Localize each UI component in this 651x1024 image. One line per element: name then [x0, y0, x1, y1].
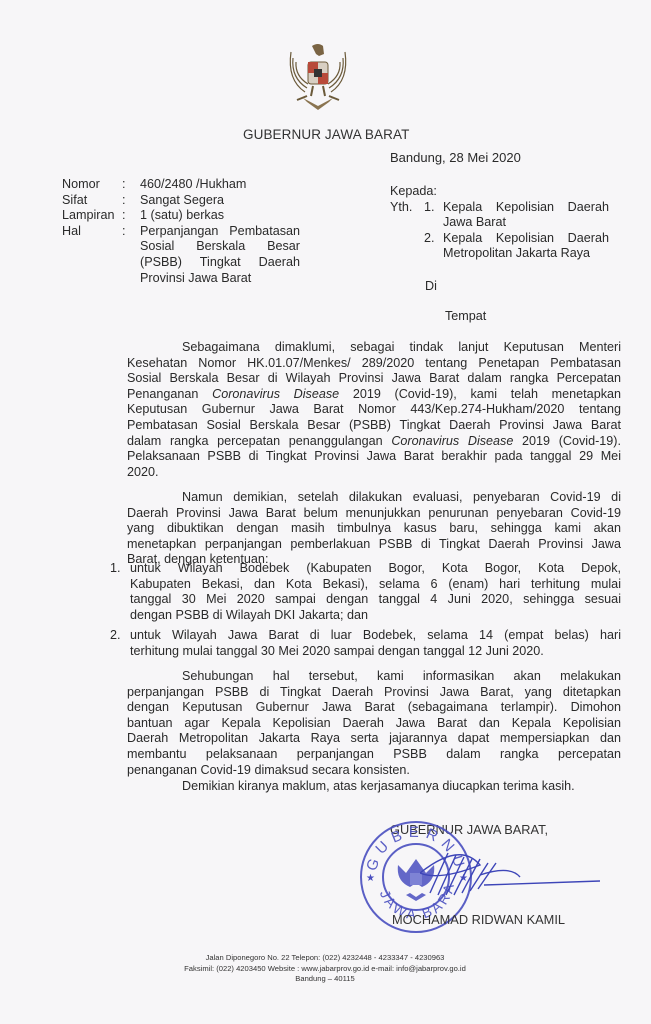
letter-date: Bandung, 28 Mei 2020 [390, 150, 521, 165]
footer-city: Bandung – 40115 [150, 974, 500, 985]
text-line: Sebagaimana dimaklumi, sebagai tindak la… [127, 340, 621, 356]
meta-label: Sifat [62, 193, 120, 209]
meta-lampiran: Lampiran : 1 (satu) berkas [62, 208, 300, 224]
text-line: bantuan agar Kepala Kepolisian Daerah Ja… [127, 716, 621, 732]
list-number: 1. [110, 561, 130, 623]
meta-colon: : [120, 177, 140, 193]
di-label: Di [425, 279, 437, 293]
text-line: Sehubungan hal tersebut, kami informasik… [127, 669, 621, 685]
italic-term: Coronavirus Disease [391, 434, 513, 448]
meta-colon: : [120, 208, 140, 224]
meta-value: Sangat Segera [140, 193, 300, 209]
text-line: Namun demikian, setelah dilakukan evalua… [127, 490, 621, 506]
text-line: penanganan Covid-19 dimaksud secara kons… [127, 763, 621, 779]
recipient-item: Yth. 1. Kepala Kepolisian Daerah Jawa Ba… [390, 200, 609, 231]
yth-label: Yth. [390, 200, 424, 231]
list-body: untuk Wilayah Jawa Barat di luar Bodebek… [130, 628, 621, 659]
text-line: Kabupaten Bekasi, dan Kota Bekasi), sela… [130, 577, 621, 593]
letter-footer: Jalan Diponegoro No. 22 Telepon: (022) 4… [150, 953, 500, 985]
paragraph-1: Sebagaimana dimaklumi, sebagai tindak la… [127, 340, 621, 480]
meta-value: 1 (satu) berkas [140, 208, 300, 224]
meta-hal: Hal : Perpanjangan Pembatasan Sosial Ber… [62, 224, 300, 286]
recipient-item: 2. Kepala Kepolisian Daerah Metropolitan… [390, 231, 609, 262]
meta-sifat: Sifat : Sangat Segera [62, 193, 300, 209]
paragraph-3: Sehubungan hal tersebut, kami informasik… [127, 669, 621, 778]
list-body: untuk Wilayah Bodebek (Kabupaten Bogor, … [130, 561, 621, 623]
text-line: Daerah Metropolitan Jakarta Raya serta j… [127, 731, 621, 747]
recipient-text: Kepala Kepolisian Daerah Jawa Barat [443, 200, 609, 231]
tempat-label: Tempat [445, 309, 486, 323]
text-line: dalam rangka percepatan penanggulangan C… [127, 434, 621, 450]
paragraph-4: Demikian kiranya maklum, atas kerjasaman… [127, 779, 621, 795]
text-line: terhitung mulai tanggal 30 Mei 2020 samp… [130, 644, 621, 660]
meta-colon: : [120, 224, 140, 286]
recipient-block: Kepada: Yth. 1. Kepala Kepolisian Daerah… [390, 184, 609, 262]
text-line: 2020. [127, 465, 621, 481]
hal-line: (PSBB) Tingkat Daerah [140, 255, 300, 271]
meta-value: 460/2480 /Hukham [140, 177, 300, 193]
hal-line: Provinsi Jawa Barat [140, 271, 300, 287]
text-line: yang dibuktikan dengan masih timbulnya k… [127, 521, 621, 537]
paragraph-2: Namun demikian, setelah dilakukan evalua… [127, 490, 621, 568]
text-line: untuk Wilayah Jawa Barat di luar Bodebek… [130, 628, 621, 644]
meta-label: Hal [62, 224, 120, 286]
recipient-text: Kepala Kepolisian Daerah Metropolitan Ja… [443, 231, 609, 262]
meta-colon: : [120, 193, 140, 209]
text-line: Kesehatan Nomor HK.01.07/Menkes/ 289/202… [127, 356, 621, 372]
text-line: untuk Wilayah Bodebek (Kabupaten Bogor, … [130, 561, 621, 577]
list-item: 2. untuk Wilayah Jawa Barat di luar Bode… [110, 628, 621, 659]
hal-line: Perpanjangan Pembatasan [140, 224, 300, 240]
meta-value: Perpanjangan Pembatasan Sosial Berskala … [140, 224, 300, 286]
text-line: Sosial Berskala Besar di Wilayah Provins… [127, 371, 621, 387]
handwritten-signature [420, 845, 600, 905]
signatory-name: MOCHAMAD RIDWAN KAMIL [392, 912, 565, 927]
letterhead-title: GUBERNUR JAWA BARAT [243, 127, 409, 142]
text-line: tanggal 30 Mei 2020 sampai dengan tangga… [130, 592, 621, 608]
recipient-line: Kepala Kepolisian Daerah [443, 200, 609, 216]
text-line: Daerah Provinsi Jawa Barat belum menunju… [127, 506, 621, 522]
text-line: Keputusan Gubernur Jawa Barat Nomor 443/… [127, 402, 621, 418]
text-line: Pelaksanaan PSBB di Tingkat Provinsi Jaw… [127, 449, 621, 465]
italic-term: Coronavirus Disease [212, 387, 339, 401]
text-line: Pembatasan Sosial Berskala Besar (PSBB) … [127, 418, 621, 434]
recipient-line: Kepala Kepolisian Daerah [443, 231, 609, 247]
recipient-number: 2. [424, 231, 443, 262]
list-number: 2. [110, 628, 130, 659]
text-line: Penanganan Coronavirus Disease 2019 (Cov… [127, 387, 621, 403]
meta-label: Lampiran [62, 208, 120, 224]
text-line: menetapkan perpanjangan pemberlakuan PSB… [127, 537, 621, 553]
list-item: 1. untuk Wilayah Bodebek (Kabupaten Bogo… [110, 561, 621, 623]
letter-meta: Nomor : 460/2480 /Hukham Sifat : Sangat … [62, 177, 300, 286]
text-line: perpanjangan PSBB di Tingkat Daerah Prov… [127, 685, 621, 701]
text-line: Demikian kiranya maklum, atas kerjasaman… [127, 779, 621, 795]
letter-page: GUBERNUR JAWA BARAT Bandung, 28 Mei 2020… [0, 0, 651, 1024]
meta-label: Nomor [62, 177, 120, 193]
hal-line: Sosial Berskala Besar [140, 239, 300, 255]
recipient-line: Jawa Barat [443, 215, 609, 231]
garuda-emblem-icon [283, 40, 353, 120]
text-line: membantu pelaksanaan perpanjangan PSBB d… [127, 747, 621, 763]
meta-nomor: Nomor : 460/2480 /Hukham [62, 177, 300, 193]
footer-contact: Faksimil: (022) 4203450 Website : www.ja… [150, 964, 500, 975]
recipient-number: 1. [424, 200, 443, 231]
kepada-label: Kepada: [390, 184, 609, 200]
recipient-line: Metropolitan Jakarta Raya [443, 246, 609, 262]
text-line: dengan Keputusan Gubernur Jawa Barat (se… [127, 700, 621, 716]
footer-address: Jalan Diponegoro No. 22 Telepon: (022) 4… [150, 953, 500, 964]
svg-text:★: ★ [366, 873, 375, 884]
text-line: dengan PSBB di Wilayah DKI Jakarta; dan [130, 608, 621, 624]
